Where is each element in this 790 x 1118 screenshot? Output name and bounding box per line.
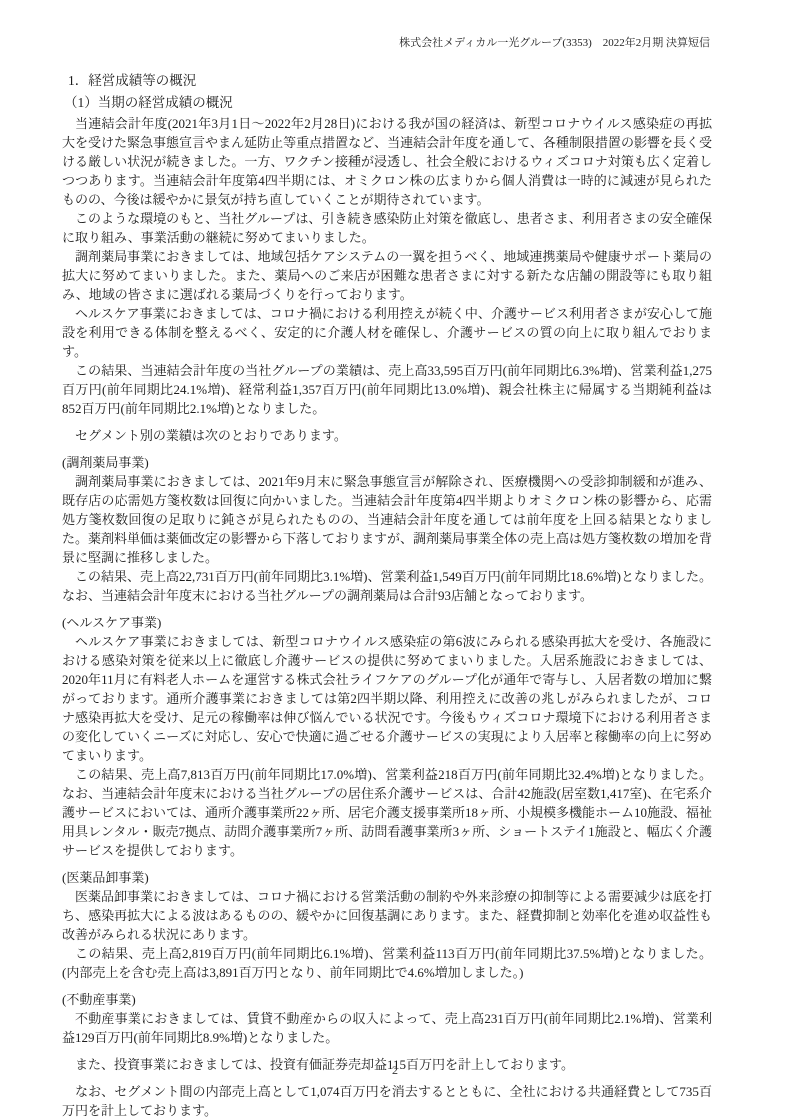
document-page: 株式会社メディカル一光グループ(3353) 2022年2月期 決算短信 1．経営… — [0, 0, 790, 1118]
segment-paragraph: この結果、売上高22,731百万円(前年同期比3.1%増)、営業利益1,549百… — [62, 567, 712, 605]
document-body: 1．経営成績等の概況 （1）当期の経営成績の概況 当連結会計年度(2021年3月… — [62, 71, 712, 1118]
segment-note: セグメント別の業績は次のとおりであります。 — [62, 426, 712, 445]
segment-paragraph: 調剤薬局事業におきましては、2021年9月末に緊急事態宣言が解除され、医療機関へ… — [62, 472, 712, 567]
segment-paragraph: 医薬品卸事業におきましては、コロナ禍における営業活動の制約や外来診療の抑制等によ… — [62, 887, 712, 944]
page-number: 2 — [0, 1063, 790, 1078]
subsection-title: （1）当期の経営成績の概況 — [64, 93, 712, 112]
overview-paragraph: ヘルスケア事業におきましては、コロナ禍における利用控えが続く中、介護サービス利用… — [62, 304, 712, 361]
segment-paragraph: この結果、売上高7,813百万円(前年同期比17.0%増)、営業利益218百万円… — [62, 765, 712, 860]
document-header: 株式会社メディカル一光グループ(3353) 2022年2月期 決算短信 — [62, 36, 710, 50]
segment-paragraph: 不動産事業におきましては、賃貸不動産からの収入によって、売上高231百万円(前年… — [62, 1009, 712, 1047]
segment-paragraph: ヘルスケア事業におきましては、新型コロナウイルス感染症の第6波にみられる感染再拡… — [62, 632, 712, 765]
segment-heading-realestate: (不動産事業) — [62, 990, 712, 1009]
overview-paragraph: 調剤薬局事業におきましては、地域包括ケアシステムの一翼を担うべく、地域連携薬局や… — [62, 247, 712, 304]
overview-paragraph: このような環境のもと、当社グループは、引き続き感染防止対策を徹底し、患者さま、利… — [62, 209, 712, 247]
overview-paragraph: 当連結会計年度(2021年3月1日～2022年2月28日)における我が国の経済は… — [62, 114, 712, 209]
overview-paragraph: この結果、当連結会計年度の当社グループの業績は、売上高33,595百万円(前年同… — [62, 361, 712, 418]
segment-paragraph: この結果、売上高2,819百万円(前年同期比6.1%増)、営業利益113百万円(… — [62, 944, 712, 982]
segment-heading-healthcare: (ヘルスケア事業) — [62, 613, 712, 632]
segment-heading-pharmacy: (調剤薬局事業) — [62, 453, 712, 472]
closing-paragraph: なお、セグメント間の内部売上高として1,074百万円を消去するとともに、全社にお… — [62, 1082, 712, 1118]
segment-heading-wholesale: (医薬品卸事業) — [62, 868, 712, 887]
section-title: 1．経営成績等の概況 — [68, 71, 712, 90]
